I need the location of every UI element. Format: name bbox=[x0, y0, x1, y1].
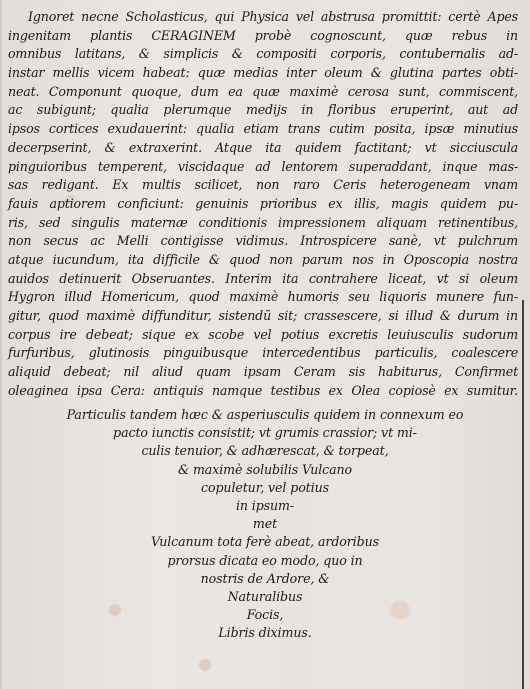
text-line: pinguioribus temperent, viscidaque ad le… bbox=[8, 158, 518, 177]
text-line: instar mellis vicem habeat: quæ medias i… bbox=[8, 64, 518, 83]
text-line: auidos detinuerit Obseruantes. Interim i… bbox=[8, 270, 518, 289]
text-line: culis tenuior, & adhærescat, & torpeat, bbox=[0, 442, 530, 460]
body-paragraph: Ignoret necne Scholasticus, qui Physica … bbox=[8, 8, 518, 400]
text-line: oleaginea ipsa Cera: antiquis namque tes… bbox=[8, 382, 518, 401]
text-line: nostris de Ardore, & bbox=[0, 570, 530, 588]
text-line: neat. Componunt quoque, dum ea quæ maxim… bbox=[8, 83, 518, 102]
text-line: furfuribus, glutinosis pinguibusque inte… bbox=[8, 344, 518, 363]
text-line: atque iucundum, ita difficile & quod non… bbox=[8, 251, 518, 270]
text-line: decerpserint, & extraxerint. Atque ita q… bbox=[8, 139, 518, 158]
text-line: Libris diximus. bbox=[0, 624, 530, 642]
text-line: & maximè solubilis Vulcano bbox=[0, 461, 530, 479]
text-line: pacto iunctis consistit; vt grumis crass… bbox=[0, 424, 530, 442]
text-line: ingenitam plantis CERAGINEM probè cognos… bbox=[8, 27, 518, 46]
text-line: non secus ac Melli contigisse vidimus. I… bbox=[8, 232, 518, 251]
text-line: ris, sed singulis maternæ conditionis im… bbox=[8, 214, 518, 233]
scanned-page: Ignoret necne Scholasticus, qui Physica … bbox=[0, 0, 530, 689]
text-line: in ipsum- bbox=[0, 497, 530, 515]
text-line: Vulcanum tota ferè abeat, ardoribus bbox=[0, 533, 530, 551]
text-line: Naturalibus bbox=[0, 588, 530, 606]
text-line: copuletur, vel potius bbox=[0, 479, 530, 497]
text-line: sas redigant. Ex multis scilicet, non ra… bbox=[8, 176, 518, 195]
text-line: omnibus latitans, & simplicis & composit… bbox=[8, 45, 518, 64]
text-line: Ignoret necne Scholasticus, qui Physica … bbox=[8, 8, 518, 27]
tapered-paragraph: Particulis tandem hæc & asperiusculis qu… bbox=[0, 406, 530, 642]
text-line: Hygron illud Homericum, quod maximè humo… bbox=[8, 288, 518, 307]
text-line: Focis, bbox=[0, 606, 530, 624]
text-line: prorsus dicata eo modo, quo in bbox=[0, 552, 530, 570]
text-line: corpus ire debeat; sique ex scobe vel po… bbox=[8, 326, 518, 345]
text-line: ipsos cortices exudauerint: qualia etiam… bbox=[8, 120, 518, 139]
text-line: ac subigunt; qualia plerumque medijs in … bbox=[8, 101, 518, 120]
text-line: aliquid debeat; nil aliud quam ipsam Cer… bbox=[8, 363, 518, 382]
text-line: met bbox=[0, 515, 530, 533]
text-line: gitur, quod maximè diffunditur, sistendũ… bbox=[8, 307, 518, 326]
text-line: Particulis tandem hæc & asperiusculis qu… bbox=[0, 406, 530, 424]
text-line: fauis aptiorem conficiunt: genuinis prio… bbox=[8, 195, 518, 214]
